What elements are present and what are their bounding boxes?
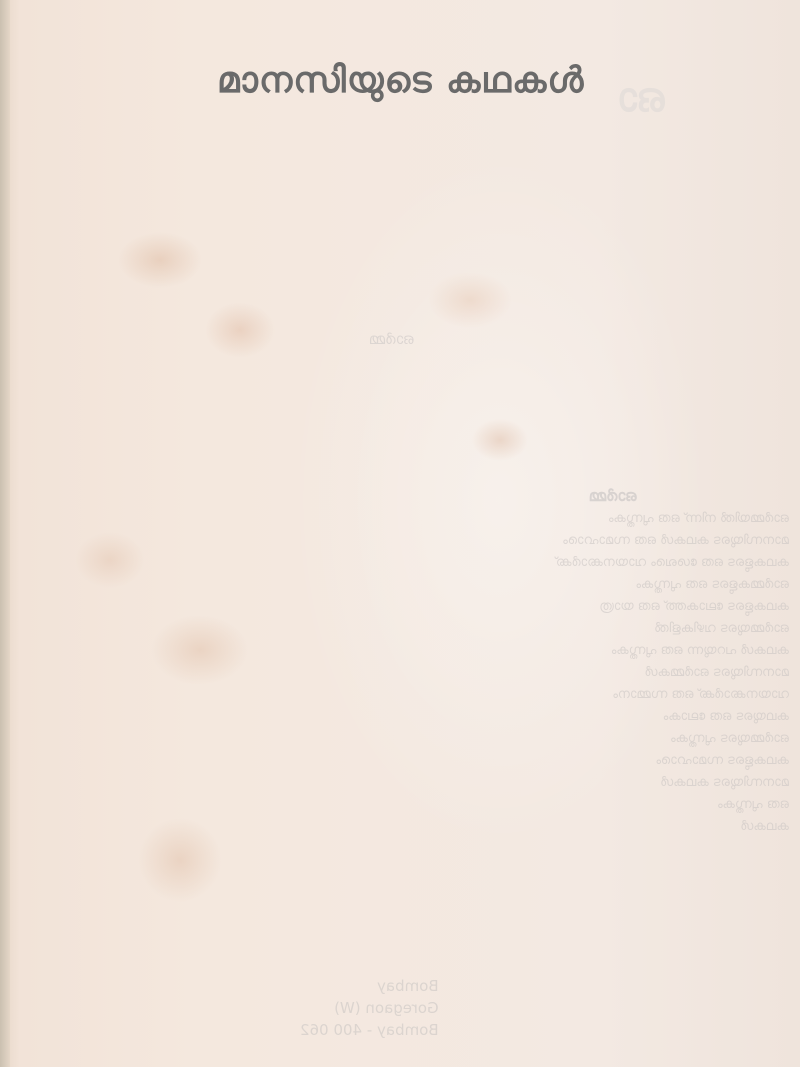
ghost-line: മാനസിയുടെ കഥകൾ ഒരു സമാഹാരം: [150, 530, 790, 552]
ghost-line: കഥകളുടെ ഒരു ശേഖരം വായനക്കാർക്ക്: [150, 552, 790, 574]
ghost-line: കഥയുടെ ഒരു ലോകം: [150, 706, 790, 728]
ghost-line: Goregaon (W): [300, 997, 439, 1019]
show-through-label: ഓർമ്മ: [370, 330, 415, 348]
ghost-line: ഓർമ്മയുടെ പുസ്തകം: [150, 728, 790, 750]
ghost-line: കഥകൾ: [150, 816, 790, 838]
show-through-heading: ഓർമ്മ: [590, 486, 638, 506]
page-binding-edge: [0, 0, 10, 1067]
ghost-line: Bombay - 400 062: [300, 1019, 439, 1041]
show-through-imprint: Bombay Goregaon (W) Bombay - 400 062: [300, 975, 439, 1041]
show-through-mark: ഓ: [620, 75, 668, 121]
page-title: മാനസിയുടെ കഥകൾ: [217, 60, 584, 102]
ghost-line: കഥകൾ പറയുന്ന ഒരു പുസ്തകം: [150, 640, 790, 662]
show-through-text: ഓർമ്മയിൽ നിന്ന് ഒരു പുസ്തകം മാനസിയുടെ കഥ…: [150, 508, 790, 838]
ghost-line: ഓർമ്മയിൽ നിന്ന് ഒരു പുസ്തകം: [150, 508, 790, 530]
ghost-line: ഓർമ്മയുടെ വഴികളിൽ: [150, 618, 790, 640]
ghost-line: ഓർമ്മകളുടെ ഒരു പുസ്തകം: [150, 574, 790, 596]
ghost-line: ഒരു പുസ്തകം: [150, 794, 790, 816]
ghost-line: കഥകളുടെ സമാഹാരം: [150, 750, 790, 772]
ghost-line: മാനസിയുടെ ഓർമ്മകൾ: [150, 662, 790, 684]
ghost-line: മാനസിയുടെ കഥകൾ: [150, 772, 790, 794]
ghost-line: വായനക്കാർക്ക് ഒരു സമ്മാനം: [150, 684, 790, 706]
ghost-line: Bombay: [300, 975, 439, 997]
ghost-line: കഥകളുടെ ലോകത്ത് ഒരു യാത്ര: [150, 596, 790, 618]
